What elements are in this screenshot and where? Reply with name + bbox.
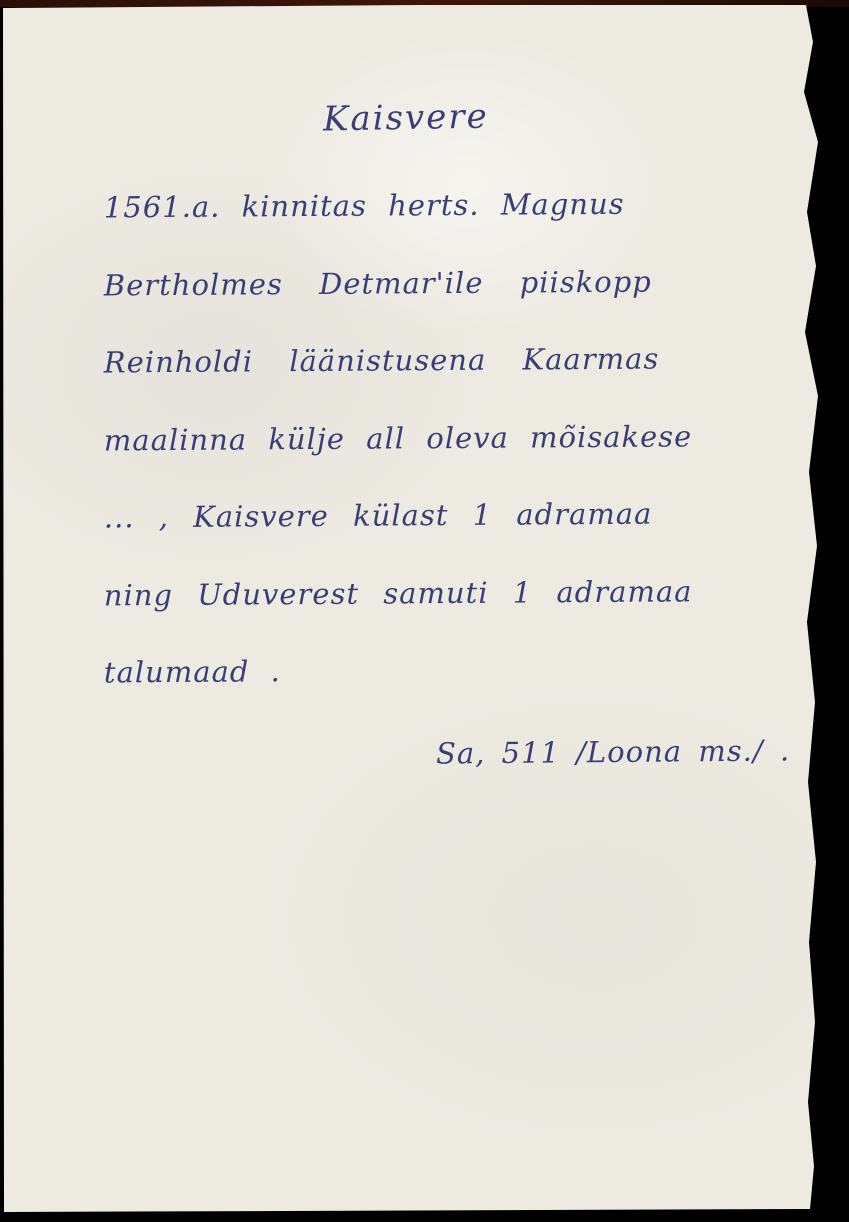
- handwritten-line: talumaad .: [104, 651, 805, 733]
- handwritten-line: Bertholmes Detmar'ile piiskopp: [104, 263, 805, 345]
- handwritten-line: ning Uduverest samuti 1 adramaa: [104, 573, 805, 655]
- handwritten-line: maalinna külje all oleva mõisakese: [104, 418, 805, 500]
- handwritten-line: ... , Kaisvere külast 1 adramaa: [104, 496, 805, 578]
- paper-card: Kaisvere 1561.a. kinnitas herts. Magnus …: [0, 0, 849, 1222]
- page-title: Kaisvere: [323, 97, 489, 140]
- handwritten-body: 1561.a. kinnitas herts. Magnus Bertholme…: [104, 188, 804, 731]
- source-reference: Sa, 511 /Loona ms./ .: [436, 733, 790, 770]
- handwritten-line: 1561.a. kinnitas herts. Magnus: [104, 186, 805, 268]
- handwritten-line: Reinholdi läänistusena Kaarmas: [104, 341, 805, 423]
